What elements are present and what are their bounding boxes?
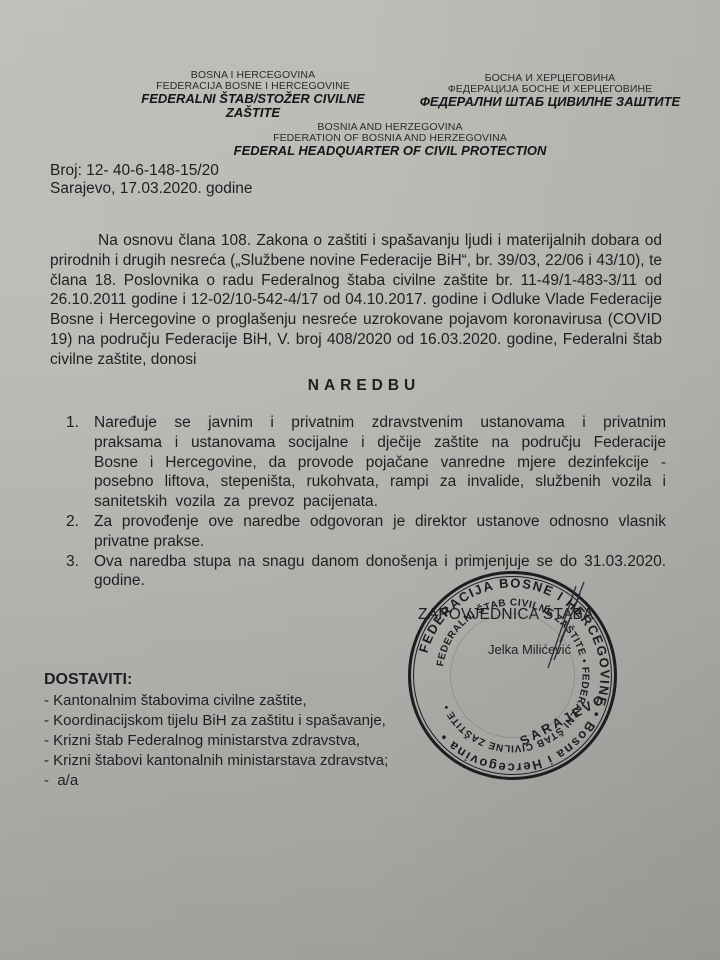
order-number: 1. bbox=[66, 413, 94, 512]
document-reference: Broj: 12- 40-6-148-15/20 Sarajevo, 17.03… bbox=[50, 162, 253, 198]
header-institution: FEDERAL HEADQUARTER OF CIVIL PROTECTION bbox=[220, 144, 560, 158]
distribution-item: Koordinacijskom tijelu BiH za zaštitu i … bbox=[44, 711, 388, 731]
header-english: BOSNIA AND HERZEGOVINA FEDERATION OF BOS… bbox=[220, 122, 560, 158]
distribution-item: Kantonalnim štabovima civilne zaštite, bbox=[44, 691, 388, 711]
order-item: 1. Naređuje se javnim i privatnim zdravs… bbox=[66, 413, 666, 512]
distribution-item: Krizni štabovi kantonalnih ministarstava… bbox=[44, 751, 388, 771]
order-number: 2. bbox=[66, 512, 94, 552]
signature-scribble-icon bbox=[540, 580, 590, 670]
header-latin: BOSNA I HERCEGOVINA FEDERACIJA BOSNE I H… bbox=[118, 70, 388, 119]
header-cyrillic: БОСНА И ХЕРЦЕГОВИНА ФЕДЕРАЦИЈА БОСНЕ И Х… bbox=[405, 73, 695, 109]
intro-paragraph: Na osnovu člana 108. Zakona o zaštiti i … bbox=[50, 231, 662, 370]
distribution-item: a/a bbox=[44, 771, 388, 791]
order-text: Za provođenje ove naredbe odgovoran je d… bbox=[94, 512, 666, 552]
order-item: 2. Za provođenje ove naredbe odgovoran j… bbox=[66, 512, 666, 552]
document-title: NAREDBU bbox=[0, 377, 720, 395]
header-institution: ФЕДЕРАЛНИ ШТАБ ЦИВИЛНЕ ЗАШТИТЕ bbox=[405, 95, 695, 109]
order-list: 1. Naređuje se javnim i privatnim zdravs… bbox=[66, 413, 666, 591]
distribution-item: Krizni štab Federalnog ministarstva zdra… bbox=[44, 731, 388, 751]
distribution-heading: DOSTAVITI: bbox=[44, 670, 388, 690]
distribution-list: DOSTAVITI: Kantonalnim štabovima civilne… bbox=[44, 670, 388, 791]
place-date: Sarajevo, 17.03.2020. godine bbox=[50, 180, 253, 198]
order-text: Naređuje se javnim i privatnim zdravstve… bbox=[94, 413, 666, 512]
order-number: 3. bbox=[66, 552, 94, 592]
reference-number: Broj: 12- 40-6-148-15/20 bbox=[50, 162, 253, 180]
header-institution: FEDERALNI ŠTAB/STOŽER CIVILNE ZAŠTITE bbox=[118, 92, 388, 119]
